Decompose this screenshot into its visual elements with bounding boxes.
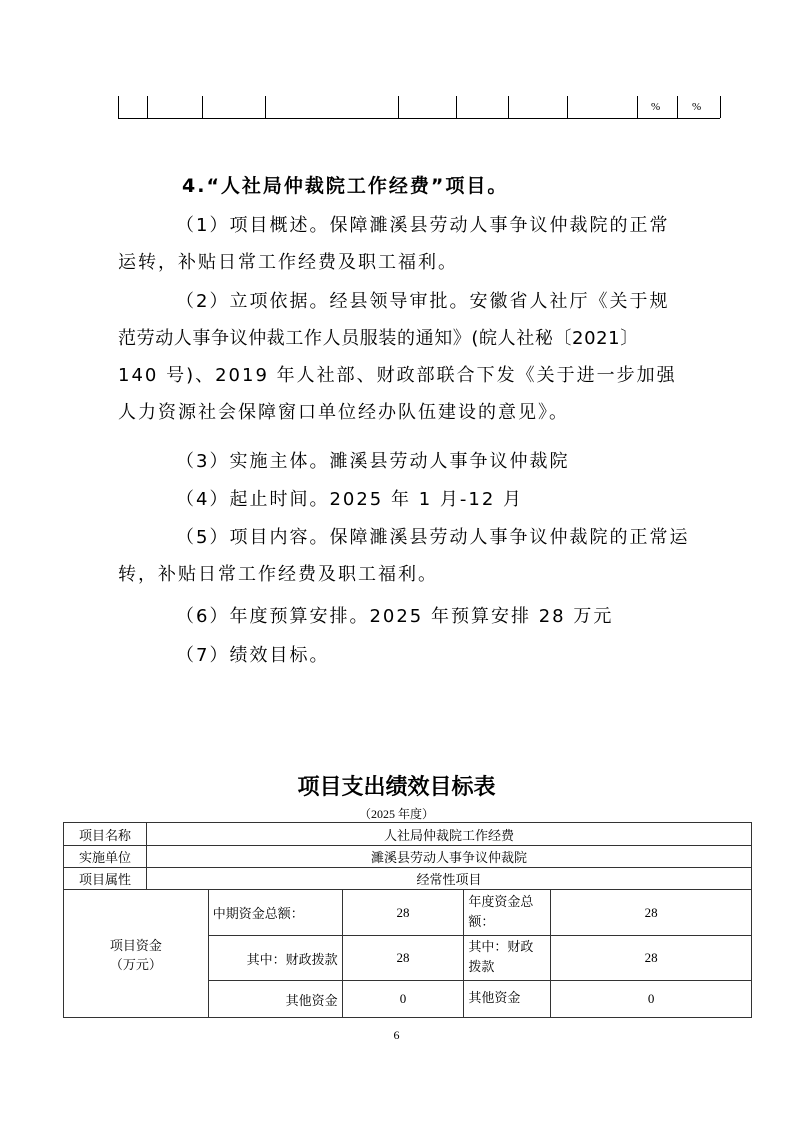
value-year-fiscal: 28 [551, 936, 752, 981]
percent-cell: % [651, 101, 660, 113]
column-divider [265, 96, 266, 118]
column-divider [398, 96, 399, 118]
column-divider [456, 96, 457, 118]
paragraph-budget: （6）年度预算安排。2025 年预算安排 28 万元 [118, 598, 723, 635]
paragraph-basis: （2）立项依据。经县领导审批。安徽省人社厅《关于规 范劳动人事争议仲裁工作人员服… [118, 283, 723, 431]
value-year-total: 28 [551, 890, 752, 936]
column-divider [567, 96, 568, 118]
paragraph-line: 140 号)、2019 年人社部、财政部联合下发《关于进一步加强 [118, 357, 723, 394]
label-mid-other: 其他资金 [208, 981, 342, 1018]
value-project-attribute: 经常性项目 [146, 868, 751, 890]
label-project-attribute: 项目属性 [64, 868, 147, 890]
paragraph-line: （5）项目内容。保障濉溪县劳动人事争议仲裁院的正常运 [118, 519, 723, 556]
column-divider [147, 96, 148, 118]
value-year-other: 0 [551, 981, 752, 1018]
funds-label-line2: （万元） [68, 954, 204, 973]
column-divider [677, 96, 678, 118]
performance-table: 项目名称 人社局仲裁院工作经费 实施单位 濉溪县劳动人事争议仲裁院 项目属性 经… [63, 822, 752, 1018]
value-mid-total: 28 [342, 890, 464, 936]
paragraph-content: （5）项目内容。保障濉溪县劳动人事争议仲裁院的正常运 转，补贴日常工作经费及职工… [118, 519, 723, 593]
page-number: 6 [0, 1028, 793, 1043]
label-project-name: 项目名称 [64, 823, 147, 846]
paragraph-line: 运转，补贴日常工作经费及职工福利。 [118, 244, 723, 281]
label-year-fiscal: 其中：财政拨款 [464, 936, 551, 981]
value-implementing-unit: 濉溪县劳动人事争议仲裁院 [146, 846, 751, 868]
label-mid-total: 中期资金总额： [208, 890, 342, 936]
section-heading: 4.“人社局仲裁院工作经费”项目。 [182, 168, 787, 205]
table-subtitle: （2025 年度） [0, 805, 793, 822]
value-mid-other: 0 [342, 981, 464, 1018]
paragraph-line: （3）实施主体。濉溪县劳动人事争议仲裁院 [118, 443, 723, 480]
paragraph-line: 范劳动人事争议仲裁工作人员服装的通知》(皖人社秘〔2021〕 [118, 320, 723, 357]
paragraph-line: 转，补贴日常工作经费及职工福利。 [118, 556, 723, 593]
table-title: 项目支出绩效目标表 [0, 770, 793, 801]
paragraph-line: （1）项目概述。保障濉溪县劳动人事争议仲裁院的正常 [118, 207, 723, 244]
paragraph-line: （6）年度预算安排。2025 年预算安排 28 万元 [118, 598, 723, 635]
paragraph-line: 人力资源社会保障窗口单位经办队伍建设的意见》。 [118, 394, 723, 431]
column-divider [720, 96, 721, 118]
label-year-other: 其他资金 [464, 981, 551, 1018]
label-project-funds: 项目资金 （万元） [64, 890, 209, 1018]
paragraph-overview: （1）项目概述。保障濉溪县劳动人事争议仲裁院的正常 运转，补贴日常工作经费及职工… [118, 207, 723, 281]
label-mid-fiscal: 其中：财政拨款 [208, 936, 342, 981]
column-divider [202, 96, 203, 118]
paragraph-period: （4）起止时间。2025 年 1 月-12 月 [118, 481, 723, 518]
table-row: 项目属性 经常性项目 [64, 868, 752, 890]
value-project-name: 人社局仲裁院工作经费 [146, 823, 751, 846]
column-divider [637, 96, 638, 118]
paragraph-line: （2）立项依据。经县领导审批。安徽省人社厅《关于规 [118, 283, 723, 320]
value-mid-fiscal: 28 [342, 936, 464, 981]
column-divider [118, 96, 119, 118]
table-fragment-top: % % [118, 96, 720, 119]
label-year-total: 年度资金总额： [464, 890, 551, 936]
paragraph-line: （7）绩效目标。 [118, 637, 723, 674]
table-row: 项目名称 人社局仲裁院工作经费 [64, 823, 752, 846]
label-implementing-unit: 实施单位 [64, 846, 147, 868]
paragraph-line: （4）起止时间。2025 年 1 月-12 月 [118, 481, 723, 518]
percent-cell: % [692, 101, 701, 113]
table-row: 实施单位 濉溪县劳动人事争议仲裁院 [64, 846, 752, 868]
paragraph-implementer: （3）实施主体。濉溪县劳动人事争议仲裁院 [118, 443, 723, 480]
paragraph-goals: （7）绩效目标。 [118, 637, 723, 674]
column-divider [508, 96, 509, 118]
funds-label-line1: 项目资金 [68, 935, 204, 954]
table-row: 项目资金 （万元） 中期资金总额： 28 年度资金总额： 28 [64, 890, 752, 936]
